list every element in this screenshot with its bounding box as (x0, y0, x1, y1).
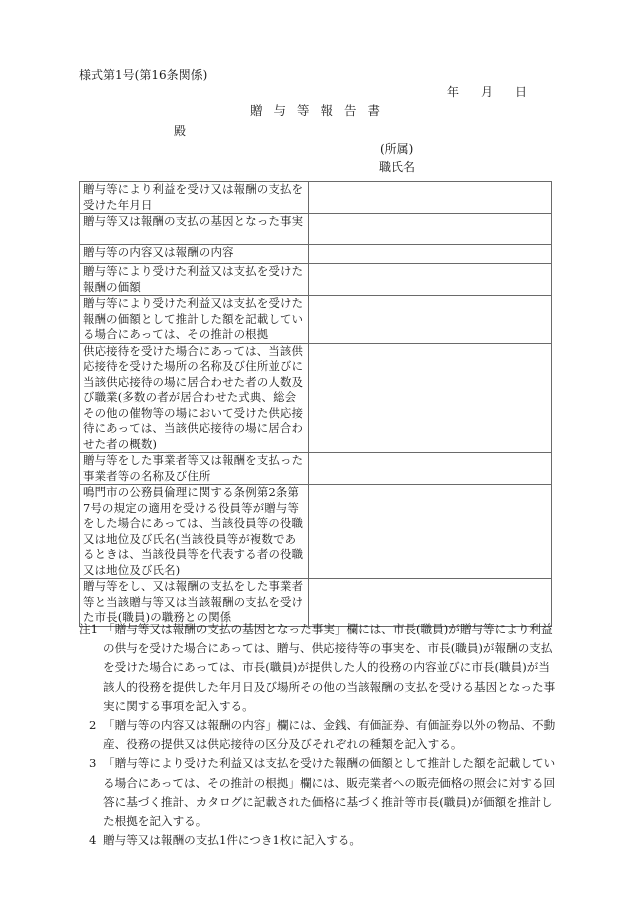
row-label: 贈与等により利益を受け又は報酬の支払を受けた年月日 (80, 182, 309, 214)
row-label: 供応接待を受けた場合にあっては、当該供応接待を受けた場所の名称及び住所並びに当該… (80, 343, 309, 453)
row-value-field[interactable] (309, 264, 552, 296)
table-row: 鳴門市の公務員倫理に関する条例第2条第7号の規定の適用を受ける役員等が贈与等をし… (80, 485, 552, 579)
table-row: 贈与等により利益を受け又は報酬の支払を受けた年月日 (80, 182, 552, 214)
note-item: 4 贈与等又は報酬の支払1件につき1枚に記入する。 (79, 831, 559, 850)
row-value-field[interactable] (309, 453, 552, 485)
date-month-label: 月 (481, 83, 493, 100)
note-text: 「贈与等により受けた利益又は支払を受けた報酬の価額として推計した額を記載している… (103, 754, 559, 831)
note-number: 3 (89, 754, 96, 773)
row-label: 贈与等の内容又は報酬の内容 (80, 245, 309, 264)
row-label: 贈与等により受けた利益又は支払を受けた報酬の価額として推計した額を記載している場… (80, 296, 309, 344)
row-value-field[interactable] (309, 245, 552, 264)
table-row: 贈与等の内容又は報酬の内容 (80, 245, 552, 264)
table-row: 贈与等をし、又は報酬の支払をした事業者等と当該贈与等又は当該報酬の支払を受けた市… (80, 579, 552, 627)
table-row: 贈与等により受けた利益又は支払を受けた報酬の価額 (80, 264, 552, 296)
date-line: 年月日 (447, 83, 527, 100)
row-label: 贈与等により受けた利益又は支払を受けた報酬の価額 (80, 264, 309, 296)
addressee-suffix: 殿 (174, 122, 186, 139)
notes-section: 注1 「贈与等又は報酬の支払の基因となった事実」欄には、市長(職員)が贈与等によ… (79, 620, 559, 850)
table-row: 贈与等をした事業者等又は報酬を支払った事業者等の名称及び住所 (80, 453, 552, 485)
note-text: 贈与等又は報酬の支払1件につき1枚に記入する。 (103, 831, 559, 850)
document-title: 贈与等報告書 (250, 101, 391, 119)
row-value-field[interactable] (309, 485, 552, 579)
table-row: 贈与等により受けた利益又は支払を受けた報酬の価額として推計した額を記載している場… (80, 296, 552, 344)
report-table: 贈与等により利益を受け又は報酬の支払を受けた年月日 贈与等又は報酬の支払の基因と… (79, 181, 552, 627)
note-text: 「贈与等の内容又は報酬の内容」欄には、金銭、有価証券、有価証券以外の物品、不動産… (103, 716, 559, 754)
note-item: 注1 「贈与等又は報酬の支払の基因となった事実」欄には、市長(職員)が贈与等によ… (79, 620, 559, 716)
form-number: 様式第1号(第16条関係) (79, 66, 207, 83)
note-number: 4 (89, 831, 96, 850)
note-number: 2 (89, 716, 96, 735)
row-label: 贈与等をし、又は報酬の支払をした事業者等と当該贈与等又は当該報酬の支払を受けた市… (80, 579, 309, 627)
row-value-field[interactable] (309, 182, 552, 214)
table-row: 供応接待を受けた場合にあっては、当該供応接待を受けた場所の名称及び住所並びに当該… (80, 343, 552, 453)
table-row: 贈与等又は報酬の支払の基因となった事実 (80, 214, 552, 245)
date-day-label: 日 (515, 83, 527, 100)
row-value-field[interactable] (309, 214, 552, 245)
row-value-field[interactable] (309, 296, 552, 344)
row-label: 贈与等をした事業者等又は報酬を支払った事業者等の名称及び住所 (80, 453, 309, 485)
note-item: 3 「贈与等により受けた利益又は支払を受けた報酬の価額として推計した額を記載して… (79, 754, 559, 831)
row-value-field[interactable] (309, 579, 552, 627)
row-label: 贈与等又は報酬の支払の基因となった事実 (80, 214, 309, 245)
note-number: 注1 (79, 620, 98, 639)
affiliation-label: (所属) (380, 140, 413, 157)
row-value-field[interactable] (309, 343, 552, 453)
name-label: 職氏名 (379, 158, 415, 175)
row-label: 鳴門市の公務員倫理に関する条例第2条第7号の規定の適用を受ける役員等が贈与等をし… (80, 485, 309, 579)
note-text: 「贈与等又は報酬の支払の基因となった事実」欄には、市長(職員)が贈与等により利益… (103, 620, 559, 716)
note-item: 2 「贈与等の内容又は報酬の内容」欄には、金銭、有価証券、有価証券以外の物品、不… (79, 716, 559, 754)
date-year-label: 年 (447, 83, 459, 100)
